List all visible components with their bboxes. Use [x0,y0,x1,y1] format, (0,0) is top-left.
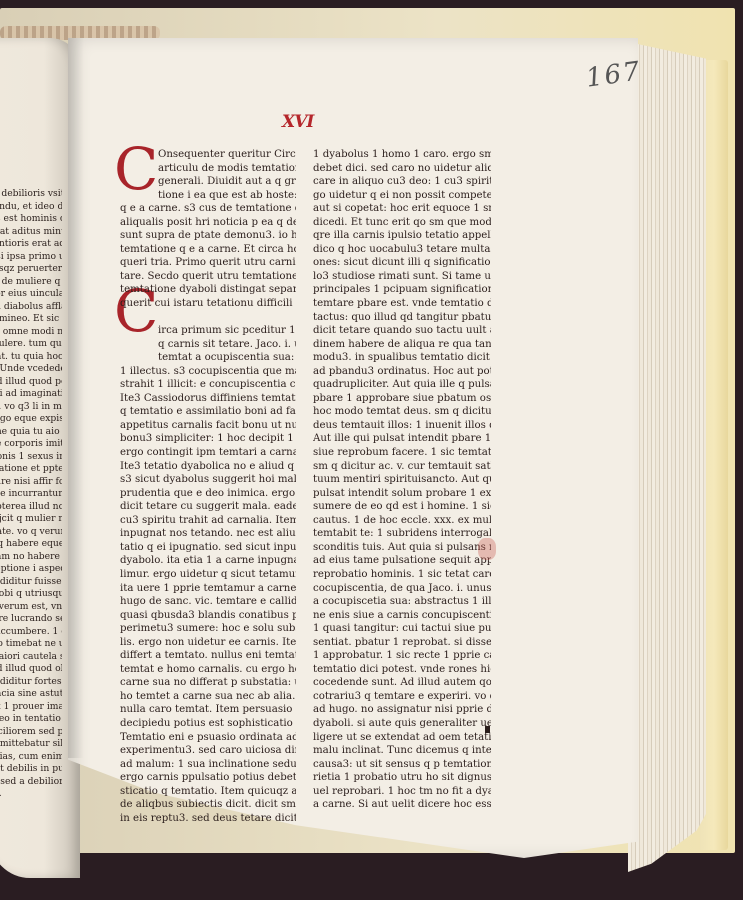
text-line: limur. ergo uidetur q sicut tetamur a dy… [120,568,296,582]
text-line: sentiat. pbatur 1 reprobat. si dissentia… [313,636,491,650]
text-line: generali. Diuidit aut a q gr temta [158,175,296,189]
left-page-text: ia debilioris vsitatistendu, et ideo dia… [0,188,62,801]
text-line: sunt supra de ptate demonu3. io hic quer… [120,229,296,243]
text-line: tare. Secdo querit utru temtationes carn… [120,270,296,284]
rubricated-initial-1: C [114,140,158,198]
text-line: iro timebat ne uin [0,638,62,651]
text-line: t. Unde vcedede sunt [0,363,62,376]
text-line: tione i ea que est ab hoste: 1 in ea [158,189,296,203]
text-line: tendu, et ideo diabolus [0,201,62,214]
text-line: siciliorem sed pot [0,726,62,739]
text-line: decipiedu potius est sophisticatio q tem… [120,717,296,731]
text-line: bonu3 simpliciter: 1 hoc decipit 1 falli… [120,432,296,446]
text-line: d obi q utriusque [0,588,62,601]
text-line: aliqualis posit hri noticia p ea q deter… [120,216,296,230]
text-line: Temtatio eni e psuasio ordinata ad sumed… [120,731,296,745]
text-line: itate. vo q verum [0,526,62,539]
text-line: 1 dyabolus 1 homo 1 caro. ergo sm aliqd … [313,148,491,162]
text-line: hoc modo temtat deus. sm q dicitur sapi.… [313,405,491,419]
text-line: 1 approbatur. 1 sic recte 1 pprie carnis… [313,649,491,663]
text-line: q verum est, vnde [0,601,62,614]
text-line: cor eius uincula sunt [0,288,62,301]
text-line: cocedende sunt. Ad illud autem qo obicit… [313,676,491,690]
text-line: tionis 1 sexus int [0,451,62,464]
text-line: dicit tetare quando suo tactu uult aliq … [313,324,491,338]
text-line: differt a temtato. nullus eni temtat sei… [120,649,296,663]
text-line: in eis reptu3. sed deus tetare dicit i s… [120,812,296,826]
text-line: a cocupiscetia sua: abstractus 1 illectu… [313,595,491,609]
text-line: r q habere eque [0,538,62,551]
text-line: luntioris erat adhererit [0,238,62,251]
text-line: Ite3 tetatio dyabolica no e aliud q sugg… [120,460,296,474]
text-line: q carnis sit tetare. Jaco. i. unusqsq3 [158,338,296,352]
text-line: erat aditus minus munit [0,226,62,239]
text-line: est debilis in pu [0,763,62,776]
text-line: siue reprobum facere. 1 sic temtat dyabo… [313,446,491,460]
text-line: appetitus carnalis facit bonu ut nunc: c… [120,419,296,433]
text-line: carne sua no differat p substatia: uidet… [120,676,296,690]
text-line: articulu de modis temtationis in [158,162,296,176]
text-column-a: Onsequenter queritur Circa scdmarticulu … [158,148,296,825]
text-line: cautus. 1 de hoc eccle. xxx. ex multis l… [313,514,491,528]
text-line: ermittebatur sibi [0,738,62,751]
text-line: cotrariu3 q temtare e experiri. vo q ill… [313,690,491,704]
text-line: sm q dicitur ac. v. cur temtauit sathana… [313,460,491,474]
text-line: rediditur fuisse adam [0,576,62,589]
text-line: strahit 1 illicit: e concupiscentia carn… [120,378,296,392]
text-line: Ite3 Cassiodorus diffiniens temtatione d… [120,392,296,406]
text-line: malu inclinat. Tunc dicemus q intelligit… [313,744,491,758]
text-line: ri sed a debiliori [0,776,62,789]
text-line: temtare pbare est. vnde temtatio dici po… [313,297,491,311]
text-line: aut si copetat: hoc erit equoce 1 sm ali… [313,202,491,216]
text-line: prudentia que e deo inimica. ergo si dya… [120,487,296,501]
text-line: bijcit q mulier nil [0,513,62,526]
text-line: ad malum: 1 sua inclinatione seducit spi… [120,758,296,772]
text-line: ese incurrantur ad ma [0,488,62,501]
text-line: dacia sine astutia [0,688,62,701]
text-line: a carne. Si aut uelit dicere hoc essenti… [313,798,491,812]
text-line: dicit tetare cu suggerit mala. eade3 roe… [120,500,296,514]
text-line: modu3. in spualibus temtatio dicit qda t… [313,351,491,365]
text-line: ea diabolus afflatum in [0,301,62,314]
text-line: inpugnat nos tetando. nec est aliud dyab… [120,527,296,541]
text-line: iere lucrando sepe [0,613,62,626]
text-line: go uidetur q ei non possit competere tet… [313,189,491,203]
text-line: ne corporis imitator [0,438,62,451]
text-line: temtat a ocupiscentia sua: abstractus [158,351,296,365]
text-line: temtat e homo carnalis. cu ergo ho carna… [120,663,296,677]
text-line: maiori cautela sin [0,651,62,664]
text-column-b: 1 dyabolus 1 homo 1 caro. ergo sm aliqd … [313,148,491,812]
text-line: dico q hoc uocabulu3 tetare multas h3 ac… [313,243,491,257]
red-ink-stain [478,538,496,560]
text-line: pulsat intendit solum probare 1 experime… [313,487,491,501]
gutter-shadow [68,38,84,758]
text-line: lo3 studiose rimati sunt. Si tame uelimu… [313,270,491,284]
text-line: ntias, cum enim [0,751,62,764]
text-line: sconditis tuis. Aut quia si pulsans no i… [313,541,491,555]
text-line: femineo. Et sic p3 q [0,313,62,326]
text-line: mulere. tum quia hoc [0,338,62,351]
text-line: ij. de muliere q ligiar [0,276,62,289]
text-line: de aliqbus subiectis dicit. dicit sm ali… [120,798,296,812]
text-line: tactus: quo illud qd tangitur pbatur. si… [313,311,491,325]
text-line: nulla caro temtat. Item persuasio ordina… [120,703,296,717]
text-line: ne enis siue a carnis concupiscentia ho … [313,609,491,623]
text-line: nam no habere nt [0,551,62,564]
text-line: ax 1 prouer ima [0,701,62,714]
text-line: experimentu3. sed caro uiciosa directe i… [120,744,296,758]
text-line: ppterea illud non [0,501,62,514]
page-block-fore-edge [628,42,706,872]
text-line: ia debilioris vsitatis [0,188,62,201]
text-line: dyabolo. ita etia 1 a carne inpugnamur 1… [120,554,296,568]
text-line: deus temtauit illos: 1 inuenit illos dig… [313,419,491,433]
text-line: la. vo q3 li in miro [0,401,62,414]
text-line: bat. tu quia hoc dicit [0,351,62,364]
text-line: er omne modi ngni [0,326,62,339]
text-line: perimetu3 sumere: hoc e solu substatie r… [120,622,296,636]
text-line: rediditur fortes, [0,676,62,689]
text-line: 1 quasi tangitur: cui tactui siue pulsat… [313,622,491,636]
text-line: Ad illud quod obi [0,663,62,676]
text-line: principales 1 pcipuam significatione acc… [313,283,491,297]
text-line: care in aliquo cu3 deo: 1 cu3 spiritu an… [313,175,491,189]
text-line: ergo carnis ppulsatio potius debet dici … [120,771,296,785]
text-line: cu3 spiritu trahit ad carnalia. Item dya… [120,514,296,528]
text-line: pbare 1 approbare siue pbatum ostendere.… [313,392,491,406]
text-line: q e a carne. s3 cus de temtatione q e ab… [120,202,296,216]
text-line: lis. ergo non uidetur ee carnis. Item te… [120,636,296,650]
text-line: rietia 1 probatio utru ho sit dignus app… [313,771,491,785]
text-line: Onsequenter queritur Circa scdm [158,148,296,162]
text-line: dicedi. Et tunc erit qo sm que modus dic… [313,216,491,230]
text-line: tui ad imaginatioe [0,388,62,401]
text-line: querit cui istaru tetationu difficili si… [120,297,296,311]
text-line: irca primum sic pceditur 1 ostendit [158,324,296,338]
text-line: s3 sicut dyabolus suggerit hoi mala. ita… [120,473,296,487]
text-line: causa3: ut sit sensus q p temtationes si… [313,758,491,772]
text-line: tatio q ei ipugnatio. sed sicut inpugnam… [120,541,296,555]
running-head: XVI [282,112,313,132]
text-line: uisqz peruertere tibi [0,263,62,276]
text-line: hugo de sanc. vic. temtare e callide exp… [120,595,296,609]
text-line: temtatione q e a carne. Et circa hoc pos… [120,243,296,257]
text-line: inatione et pptera [0,463,62,476]
text-line: ligere ut se extendat ad oem tetationem … [313,731,491,745]
text-line: ita uere 1 pprie temtamur a carne. S3 ot… [120,582,296,596]
text-line: quasi qbusda3 blandis conatibus pbare. s… [120,609,296,623]
column-end-mark [485,726,490,733]
text-line: ad pbandu3 ordinatus. Hoc aut potest ess… [313,365,491,379]
text-line: temtabit te: 1 subridens interrogabit te… [313,527,491,541]
text-line: cocupiscentia, de qua Jaco. i. unusqsqz … [313,582,491,596]
text-line: Aut ille qui pulsat intendit pbare 1 rep… [313,432,491,446]
text-line: m. [0,788,62,801]
text-line: ones: sicut dicunt illi q significatione… [313,256,491,270]
text-line: reprobatio hominis. 1 sic tetat caro uel… [313,568,491,582]
text-line: sticatio q temtatio. Item quicuqz aliqs … [120,785,296,799]
text-line: 1 illectus. s3 cocupiscentia que maxime … [120,365,296,379]
text-line: cure nisi affir forma [0,476,62,489]
text-line: dinem habere de aliqua re qua tangit. p … [313,338,491,352]
text-line: tuum mentiri spirituisancto. Aut quia il… [313,473,491,487]
text-line: debet dici. sed caro no uidetur aliquo m… [313,162,491,176]
text-line: ceptione i aspectu [0,563,62,576]
text-line: ergo contingit ipm temtari a carnali app… [120,446,296,460]
initial-spacer [158,311,296,325]
text-line: temtatio dici potest. vnde rones hic osi… [313,663,491,677]
text-line: ime quia tu aio siblie [0,426,62,439]
text-line: q temtatio e assimilatio boni ad fallend… [120,405,296,419]
text-line: queri tria. Primo querit utru carnis sit… [120,256,296,270]
text-line: ergo eque expisse dm [0,413,62,426]
text-line: ad hugo. no assignatur nisi pprie de tet… [313,703,491,717]
text-line: succumbere. 1 eo [0,626,62,639]
text-line: us est hominis callidi [0,213,62,226]
text-line: temtatione dyaboli distingat separi. Ter… [120,283,296,297]
text-line: qre illa carnis ipulsio tetatio appellat… [313,229,491,243]
text-line: ho temtet a carne sua nec ab alia. Costa… [120,690,296,704]
text-line: sumere de eo qd est i homine. 1 sic temt… [313,500,491,514]
text-line: dyaboli. si aute quis generaliter uelit … [313,717,491,731]
text-line: Ad illud quod pe [0,376,62,389]
text-line: ad eius tame pulsatione sequit approbati… [313,554,491,568]
text-line: quadrupliciter. Aut quia ille q pulsat i… [313,378,491,392]
text-line: - si ipsa primo uincere [0,251,62,264]
text-line: ideo in tentatio [0,713,62,726]
text-line: uel reprobari. 1 hoc tm no fit a dyabolo… [313,785,491,799]
